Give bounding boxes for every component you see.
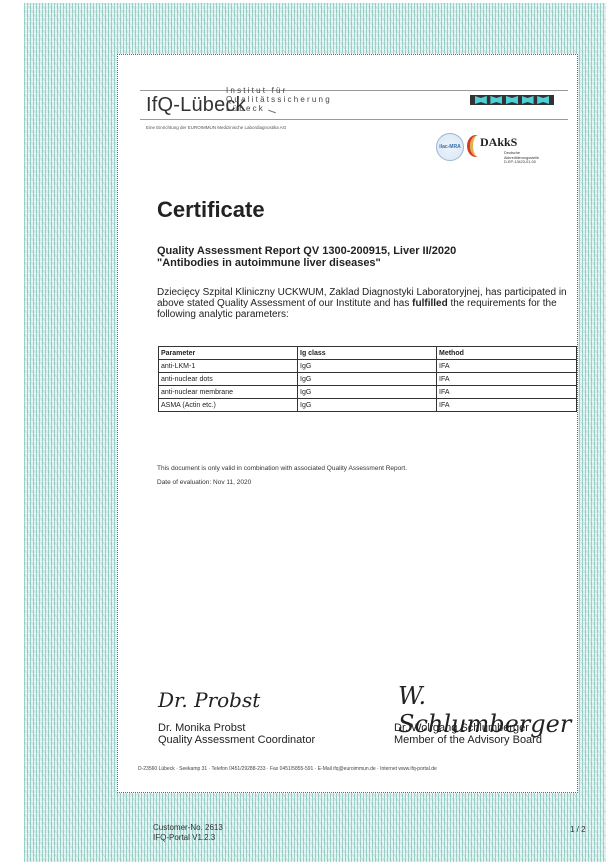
ilac-mra-logo-icon: ilac-MRA [436, 133, 464, 161]
page-number: 1 / 2 [570, 825, 586, 834]
cell-method: IFA [437, 373, 577, 386]
column-header: Parameter [159, 347, 298, 360]
header-rule-top [140, 90, 568, 91]
cell-ig-class: IgG [298, 399, 437, 412]
institute-name: Institut für Qualitätssicherung Lübeck [226, 86, 332, 113]
dakks-details: Deutsche Akkreditierungsstelle D-EP-1342… [504, 151, 539, 165]
customer-info: Customer-No. 2613 IFQ-Portal V1.2.3 [153, 823, 223, 843]
signatory-name: Dr. Wolfgang Schlumberger [394, 722, 542, 734]
dakks-logo: DAkkS Deutsche Akkreditierungsstelle D-E… [470, 135, 550, 169]
dakks-line: D-EP-13423-01-00 [504, 160, 539, 165]
contact-address: D-23560 Lübeck · Seekamp 31 · Telefon 04… [138, 766, 437, 772]
cell-method: IFA [437, 386, 577, 399]
report-subject: "Antibodies in autoimmune liver diseases… [157, 257, 456, 269]
certificate-title: Certificate [157, 197, 265, 223]
cell-parameter: anti-LKM-1 [159, 360, 298, 373]
column-header: Method [437, 347, 577, 360]
table-row: anti-nuclear dots IgG IFA [159, 373, 577, 386]
signatory-role: Quality Assessment Coordinator [158, 734, 315, 746]
report-line: Quality Assessment Report QV 1300-200915… [157, 245, 456, 257]
statement-emphasis: fulfilled [412, 298, 448, 309]
customer-number: Customer-No. 2613 [153, 823, 223, 833]
cell-parameter: ASMA (Actin etc.) [159, 399, 298, 412]
dakks-name: DAkkS [480, 135, 517, 150]
institute-line: Qualitätssicherung [226, 95, 332, 104]
validity-note: This document is only valid in combinati… [157, 465, 407, 472]
table-header-row: Parameter Ig class Method [159, 347, 577, 360]
institute-line: Institut für [226, 86, 332, 95]
signature-probst: Dr. Probst [158, 688, 260, 712]
institute-line: Lübeck [226, 104, 332, 113]
parameters-table: Parameter Ig class Method anti-LKM-1 IgG… [158, 346, 577, 412]
signatory-2: Dr. Wolfgang Schlumberger Member of the … [394, 722, 542, 746]
report-heading: Quality Assessment Report QV 1300-200915… [157, 245, 456, 269]
participation-statement: Dziecięcy Szpital Kliniczny UCKWUM, Zakl… [157, 287, 577, 320]
cell-ig-class: IgG [298, 360, 437, 373]
table-row: ASMA (Actin etc.) IgG IFA [159, 399, 577, 412]
signatory-name: Dr. Monika Probst [158, 722, 315, 734]
header-rule-bottom [140, 119, 568, 120]
cell-ig-class: IgG [298, 373, 437, 386]
table-row: anti-nuclear membrane IgG IFA [159, 386, 577, 399]
signatory-1: Dr. Monika Probst Quality Assessment Coo… [158, 722, 315, 746]
cell-ig-class: IgG [298, 386, 437, 399]
certificate-panel: IfQ-Lübeck Institut für Qualitätssicheru… [117, 54, 578, 793]
brand-bar-icon [470, 95, 554, 105]
cell-parameter: anti-nuclear membrane [159, 386, 298, 399]
cell-method: IFA [437, 399, 577, 412]
table-row: anti-LKM-1 IgG IFA [159, 360, 577, 373]
signatory-role: Member of the Advisory Board [394, 734, 542, 746]
portal-version: IFQ-Portal V1.2.3 [153, 833, 223, 843]
cell-parameter: anti-nuclear dots [159, 373, 298, 386]
cell-method: IFA [437, 360, 577, 373]
affiliation: Eine Einrichtung der EUROIMMUN Medizinis… [146, 125, 286, 130]
evaluation-date: Date of evaluation: Nov 11, 2020 [157, 479, 251, 486]
column-header: Ig class [298, 347, 437, 360]
